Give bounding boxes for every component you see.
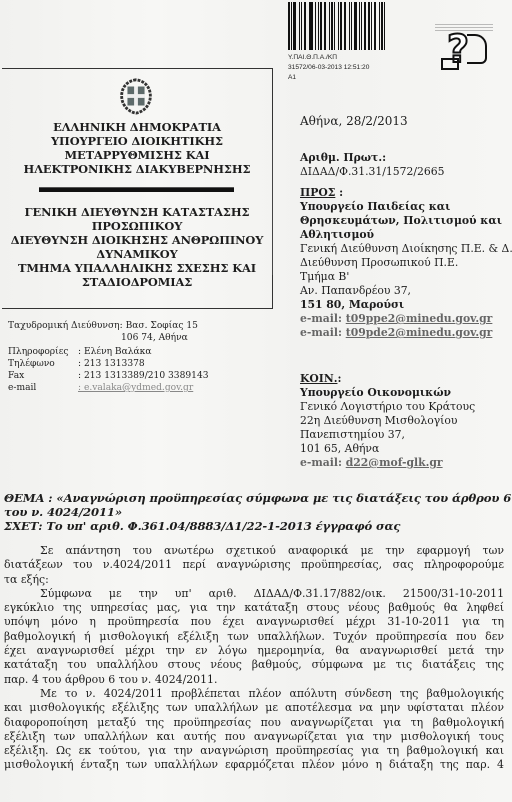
cc-org: Υπουργείο Οικονομικών	[300, 386, 451, 400]
subject-line-2: του ν. 4024/2011»	[4, 505, 122, 519]
recipient-email-row-2: e-mail: t09pde2@minedu.gov.gr	[300, 326, 492, 340]
body-paragraph-2-line: Σύμφωνα με την υπ' αριθ. ΔΙΔΑΔ/Φ.31.17/8…	[4, 587, 504, 601]
barcode-bar	[310, 2, 313, 50]
barcode-bar	[329, 2, 330, 50]
body-paragraph-3-line: εξέλιξη των υπαλλήλων και αυτής που αναγ…	[4, 730, 504, 744]
email-label: e-mail	[8, 382, 78, 394]
fax-label: Fax	[8, 370, 78, 382]
phone-row: Τηλέφωνο: 213 1313378	[8, 358, 145, 370]
dept-line-3: ΔΙΕΥΘΥΝΣΗ ΔΙΟΙΚΗΣΗΣ ΑΝΘΡΩΠΙΝΟΥ	[2, 234, 272, 248]
barcode-bar	[368, 2, 370, 50]
barcode-bar	[364, 2, 366, 50]
barcode-bar	[320, 2, 322, 50]
cc-detail-2: 22η Διεύθυνση Μισθολογίου	[300, 414, 457, 428]
barcode-bar	[381, 2, 383, 50]
header-line-1: ΕΛΛΗΝΙΚΗ ΔΗΜΟΚΡΑΤΙΑ	[2, 121, 272, 135]
dept-line-2: ΠΡΟΣΩΠΙΚΟΥ	[2, 220, 272, 234]
reference-line: ΣΧΕΤ: Το υπ' αριθ. Φ.361.04/8883/Δ1/22-1…	[4, 519, 400, 533]
protocol-stamp: Υ.ΠΑΙ.Θ.Π.Α./ΚΠ 31572/06-03-2013 12:51:2…	[288, 53, 369, 83]
barcode-bar	[340, 2, 343, 50]
letter-body: Σε απάντηση του ανωτέρω σχετικού αναφορι…	[4, 544, 504, 773]
barcode-bar	[304, 2, 306, 50]
barcode-bar	[301, 2, 303, 50]
barcode-bar	[374, 2, 377, 50]
body-paragraph-1-line: διατάξεων του ν.4024/2011 περί αναγνώρισ…	[4, 558, 504, 572]
body-paragraph-3-line: μισθολογική ένταξη των υπαλλήλων εφαρμόζ…	[4, 758, 504, 772]
barcode-bar	[354, 2, 357, 50]
cc-email-link[interactable]: d22@mof-glk.gr	[346, 456, 443, 469]
barcode-bar	[331, 2, 333, 50]
barcode-bar	[291, 2, 292, 50]
body-paragraph-3-line: Με το ν. 4024/2011 προβλέπεται πλέον από…	[4, 687, 504, 701]
recipient-org-line-3: Αθλητισμού	[300, 228, 374, 242]
address-line-1: Βασ. Σοφίας 15	[126, 321, 198, 331]
greek-coat-of-arms-icon	[117, 77, 155, 115]
scanned-letter-page: Υ.ΠΑΙ.Θ.Π.Α./ΚΠ 31572/06-03-2013 12:51:2…	[0, 0, 512, 802]
question-head-logo-icon: ?	[433, 24, 493, 70]
barcode-bar	[338, 2, 339, 50]
recipient-email-link-2[interactable]: t09pde2@minedu.gov.gr	[346, 326, 493, 339]
email-row: e-mail: e.valaka@ydmed.gov.gr	[8, 382, 193, 394]
dept-line-5: ΤΜΗΜΑ ΥΠΑΛΛΗΛΙΚΗΣ ΣΧΕΣΗΣ ΚΑΙ	[2, 262, 272, 276]
barcode-bar	[344, 2, 346, 50]
barcode-bar	[371, 2, 372, 50]
barcode-bar	[349, 2, 350, 50]
phone-value: : 213 1313378	[78, 359, 145, 369]
recipient-email-row-1: e-mail: t09ppe2@minedu.gov.gr	[300, 312, 492, 326]
recipient-detail-3: Τμήμα Β'	[300, 270, 349, 284]
header-line-3: ΜΕΤΑΡΡΥΘΜΙΣΗΣ ΚΑΙ	[2, 149, 272, 163]
header-line-2: ΥΠΟΥΡΓΕΙΟ ΔΙΟΙΚΗΤΙΚΗΣ	[2, 135, 272, 149]
recipient-org-line-1: Υπουργείο Παιδείας και	[300, 200, 450, 214]
recipient-detail-4: Αν. Παπανδρέου 37,	[300, 284, 411, 298]
barcode	[288, 2, 388, 50]
sender-email-link[interactable]: : e.valaka@ydmed.gov.gr	[78, 383, 193, 393]
body-paragraph-2-line: παρ. 4 του άρθρου 6 του ν. 4024/2011.	[4, 673, 504, 687]
recipient-heading: ΠΡΟΣ :	[300, 186, 343, 200]
cc-detail-1: Γενικό Λογιστήριο του Κράτους	[300, 400, 475, 414]
recipient-city: 151 80, Μαρούσι	[300, 298, 404, 312]
barcode-bar	[309, 2, 310, 50]
body-paragraph-2-line: έχει αναγνωρισθεί μέχρι την εν λόγω ημερ…	[4, 644, 504, 658]
barcode-bar	[288, 2, 290, 50]
barcode-bar	[351, 2, 353, 50]
body-paragraph-2-line: βαθμολογική ή μισθολογική εξέλιξη των υπ…	[4, 630, 504, 644]
stamp-line-3: Α1	[288, 73, 369, 83]
body-paragraph-2-line: κατάταξη του υπαλλήλου στους νέους βαθμο…	[4, 658, 504, 672]
protocol-number: ΔΙΔΑΔ/Φ.31.31/1572/2665	[300, 165, 445, 179]
body-paragraph-3-line: εξέλιξη. Ως εκ τούτου, για την αναγνώρισ…	[4, 744, 504, 758]
body-paragraph-2-line: εγκύκλιο της υπηρεσίας μας, για την κατά…	[4, 601, 504, 615]
recipient-email-link-1[interactable]: t09ppe2@minedu.gov.gr	[346, 312, 493, 325]
recipient-org-line-2: Θρησκευμάτων, Πολιτισμού και	[300, 214, 502, 228]
header-line-4: ΗΛΕΚΤΡΟΝΙΚΗΣ ΔΙΑΚΥΒΕΡΝΗΣΗΣ	[2, 163, 272, 177]
cc-heading: ΚΟΙΝ.:	[300, 372, 341, 386]
body-paragraph-3-line: διαφοροποίηση μεταξύ της προϋπηρεσίας πο…	[4, 716, 504, 730]
fax-row: Fax: 213 1313389/210 3389143	[8, 370, 209, 382]
body-paragraph-1-line: Σε απάντηση του ανωτέρω σχετικού αναφορι…	[4, 544, 504, 558]
barcode-bar	[324, 2, 327, 50]
barcode-bar	[359, 2, 360, 50]
barcode-bar	[318, 2, 319, 50]
body-paragraph-1-line: τα εξής:	[4, 573, 504, 587]
info-row: Πληροφορίες: Ελένη Βαλάκα	[8, 346, 152, 358]
barcode-bar	[315, 2, 316, 50]
cc-detail-4: 101 65, Αθήνα	[300, 442, 379, 456]
body-paragraph-2-line: υπόψη μόνο η προϋπηρεσία που έχει αναγνω…	[4, 615, 504, 629]
vertical-divider	[272, 140, 273, 275]
barcode-bar	[334, 2, 335, 50]
subject-line-1: ΘΕΜΑ : «Αναγνώριση προϋπηρεσίας σύμφωνα …	[4, 491, 511, 505]
ministry-header-box: ΕΛΛΗΝΙΚΗ ΔΗΜΟΚΡΑΤΙΑ ΥΠΟΥΡΓΕΙΟ ΔΙΟΙΚΗΤΙΚΗ…	[2, 68, 273, 309]
fax-value: : 213 1313389/210 3389143	[78, 371, 209, 381]
stamp-line-1: Υ.ΠΑΙ.Θ.Π.Α./ΚΠ	[288, 53, 369, 63]
address-line-2: 106 74, Αθήνα	[121, 332, 188, 344]
info-label: Πληροφορίες	[8, 346, 78, 358]
barcode-bar	[379, 2, 380, 50]
stamp-line-2: 31572/06-03-2013 12:51:20	[288, 63, 369, 73]
recipient-detail-2: Διεύθυνση Προσωπικού Π.Ε.	[300, 256, 458, 270]
dept-line-4: ΔΥΝΑΜΙΚΟΥ	[2, 248, 272, 262]
barcode-bar	[361, 2, 362, 50]
info-value: : Ελένη Βαλάκα	[78, 347, 152, 357]
dept-line-6: ΣΤΑΔΙΟΔΡΟΜΙΑΣ	[2, 276, 272, 290]
letter-date: Αθήνα, 28/2/2013	[300, 114, 408, 128]
cc-email-row: e-mail: d22@mof-glk.gr	[300, 456, 443, 470]
postal-address: Ταχυδρομική Διεύθυνση: Βασ. Σοφίας 15	[8, 320, 198, 332]
phone-label: Τηλέφωνο	[8, 358, 78, 370]
barcode-bar	[299, 2, 300, 50]
barcode-bar	[293, 2, 296, 50]
header-divider	[39, 187, 234, 192]
address-label: Ταχυδρομική Διεύθυνση:	[8, 321, 123, 331]
barcode-bar	[384, 2, 385, 50]
dept-line-1: ΓΕΝΙΚΗ ΔΙΕΥΘΥΝΣΗ ΚΑΤΑΣΤΑΣΗΣ	[2, 206, 272, 220]
cc-detail-3: Πανεπιστημίου 37,	[300, 428, 405, 442]
recipient-detail-1: Γενική Διεύθυνση Διοίκησης Π.Ε. & Δ.Ε.	[300, 242, 512, 256]
body-paragraph-3-line: και μισθολογικής εξέλιξης των υπαλλήλων …	[4, 701, 504, 715]
protocol-label: Αριθμ. Πρωτ.:	[300, 151, 386, 165]
